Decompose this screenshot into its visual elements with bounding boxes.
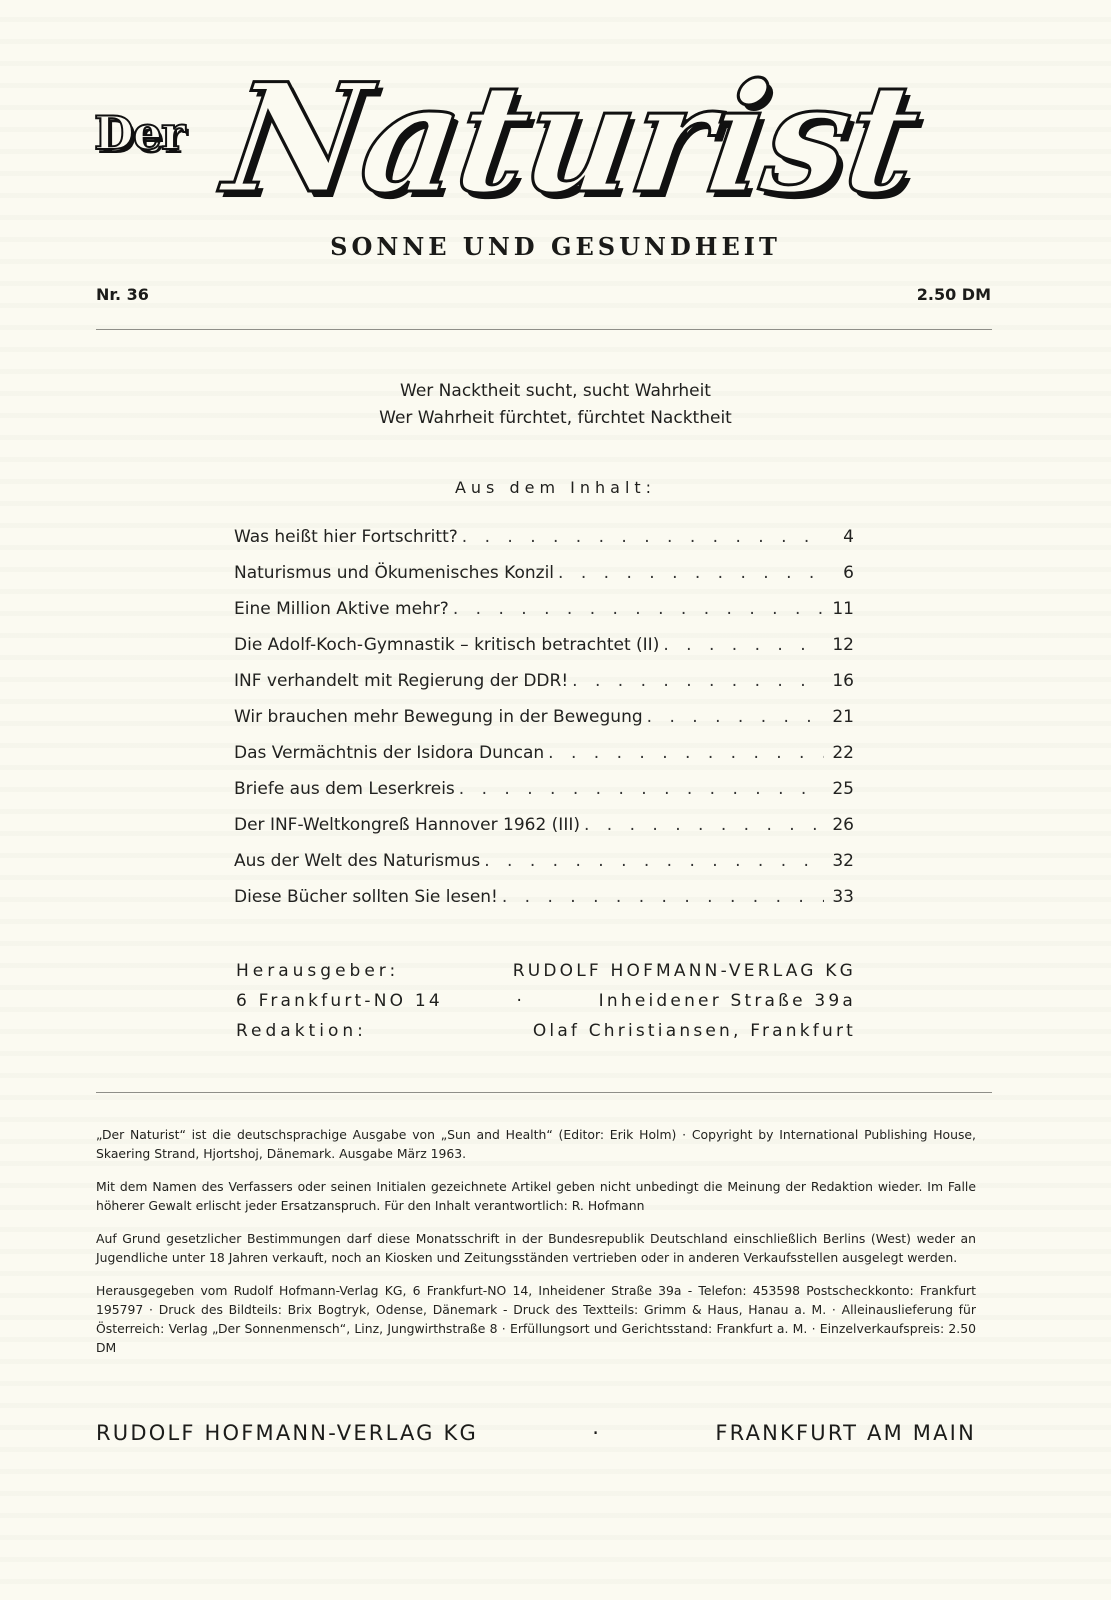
motto-line-2: Wer Wahrheit fürchtet, fürchtet Nackthei… (0, 405, 1111, 432)
toc-entry-title: Naturismus und Ökumenisches Konzil (234, 563, 554, 583)
masthead-der: Der (94, 106, 184, 160)
toc-entry-page: 26 (830, 815, 854, 835)
magazine-cover-page: Der Naturist SONNE UND GESUNDHEIT Nr. 36… (0, 0, 1111, 1600)
toc-entry[interactable]: INF verhandelt mit Regierung der DDR!16 (234, 671, 854, 707)
masthead: Der Naturist (92, 70, 1002, 240)
issue-number: Nr. 36 (96, 285, 149, 304)
footer-publisher: RUDOLF HOFMANN-VERLAG KG (96, 1421, 478, 1445)
toc-entry-page: 11 (830, 599, 854, 619)
toc-entry-title: Der INF-Weltkongreß Hannover 1962 (III) (234, 815, 580, 835)
dot-leader (572, 671, 824, 691)
toc-entry[interactable]: Was heißt hier Fortschritt?4 (234, 527, 854, 563)
toc-entry-page: 4 (830, 527, 854, 547)
masthead-title: Naturist (218, 64, 925, 214)
toc-entry[interactable]: Das Vermächtnis der Isidora Duncan22 (234, 743, 854, 779)
imprint-publisher-details: Herausgegeben vom Rudolf Hofmann-Verlag … (96, 1281, 976, 1357)
publisher-city: 6 Frankfurt-NO 14 (236, 986, 443, 1016)
toc-entry-page: 12 (830, 635, 854, 655)
footer: RUDOLF HOFMANN-VERLAG KG · FRANKFURT AM … (96, 1421, 976, 1445)
toc-entry-page: 32 (830, 851, 854, 871)
dot-leader (548, 743, 824, 763)
publisher-name: RUDOLF HOFMANN-VERLAG KG (513, 956, 856, 986)
dot-leader (647, 707, 824, 727)
dot-leader (453, 599, 824, 619)
toc-entry[interactable]: Briefe aus dem Leserkreis25 (234, 779, 854, 815)
footer-separator: · (582, 1421, 611, 1445)
imprint: „Der Naturist“ ist die deutschsprachige … (96, 1125, 976, 1357)
footer-city: FRANKFURT AM MAIN (715, 1421, 976, 1445)
publisher-block: Herausgeber: RUDOLF HOFMANN-VERLAG KG 6 … (236, 956, 856, 1046)
imprint-copyright: „Der Naturist“ ist die deutschsprachige … (96, 1125, 976, 1163)
toc-entry[interactable]: Aus der Welt des Naturismus32 (234, 851, 854, 887)
toc-entry-title: Was heißt hier Fortschritt? (234, 527, 458, 547)
dot-leader (663, 635, 824, 655)
publisher-street: Inheidener Straße 39a (599, 986, 856, 1016)
publisher-label: Herausgeber: (236, 956, 399, 986)
toc-entry-title: INF verhandelt mit Regierung der DDR! (234, 671, 568, 691)
toc-entry-page: 25 (830, 779, 854, 799)
toc-entry-title: Wir brauchen mehr Bewegung in der Bewegu… (234, 707, 643, 727)
editor-line: Redaktion: Olaf Christiansen, Frankfurt (236, 1016, 856, 1046)
publisher-address-line: 6 Frankfurt-NO 14 · Inheidener Straße 39… (236, 986, 856, 1016)
dot-leader (462, 527, 824, 547)
toc-entry[interactable]: Diese Bücher sollten Sie lesen!33 (234, 887, 854, 923)
toc-entry-page: 6 (830, 563, 854, 583)
toc-entry-title: Die Adolf-Koch-Gymnastik – kritisch betr… (234, 635, 659, 655)
toc-entry-page: 21 (830, 707, 854, 727)
contents-heading: Aus dem Inhalt: (0, 478, 1111, 497)
toc-entry-title: Aus der Welt des Naturismus (234, 851, 480, 871)
toc-entry[interactable]: Naturismus und Ökumenisches Konzil6 (234, 563, 854, 599)
toc-entry-title: Das Vermächtnis der Isidora Duncan (234, 743, 544, 763)
toc-entry[interactable]: Wir brauchen mehr Bewegung in der Bewegu… (234, 707, 854, 743)
imprint-legal-notice: Auf Grund gesetzlicher Bestimmungen darf… (96, 1229, 976, 1267)
editor-label: Redaktion: (236, 1016, 367, 1046)
dot-leader (584, 815, 824, 835)
motto: Wer Nacktheit sucht, sucht Wahrheit Wer … (0, 378, 1111, 432)
dot-leader (484, 851, 824, 871)
dot-leader (459, 779, 824, 799)
dot-leader (558, 563, 824, 583)
bottom-divider (96, 1092, 992, 1093)
toc-entry-title: Diese Bücher sollten Sie lesen! (234, 887, 498, 907)
toc-entry-page: 22 (830, 743, 854, 763)
imprint-disclaimer: Mit dem Namen des Verfassers oder seinen… (96, 1177, 976, 1215)
masthead-subtitle: SONNE UND GESUNDHEIT (0, 232, 1111, 261)
toc-entry[interactable]: Der INF-Weltkongreß Hannover 1962 (III)2… (234, 815, 854, 851)
toc-entry[interactable]: Eine Million Aktive mehr?11 (234, 599, 854, 635)
editor-name: Olaf Christiansen, Frankfurt (533, 1016, 856, 1046)
address-separator: · (516, 986, 525, 1016)
toc-entry-title: Briefe aus dem Leserkreis (234, 779, 455, 799)
toc-entry-title: Eine Million Aktive mehr? (234, 599, 449, 619)
toc-entry-page: 16 (830, 671, 854, 691)
top-divider (96, 329, 992, 330)
toc-entry-page: 33 (830, 887, 854, 907)
publisher-line: Herausgeber: RUDOLF HOFMANN-VERLAG KG (236, 956, 856, 986)
motto-line-1: Wer Nacktheit sucht, sucht Wahrheit (0, 378, 1111, 405)
toc-entry[interactable]: Die Adolf-Koch-Gymnastik – kritisch betr… (234, 635, 854, 671)
dot-leader (502, 887, 824, 907)
table-of-contents: Was heißt hier Fortschritt?4 Naturismus … (234, 527, 854, 923)
issue-price: 2.50 DM (917, 285, 991, 304)
